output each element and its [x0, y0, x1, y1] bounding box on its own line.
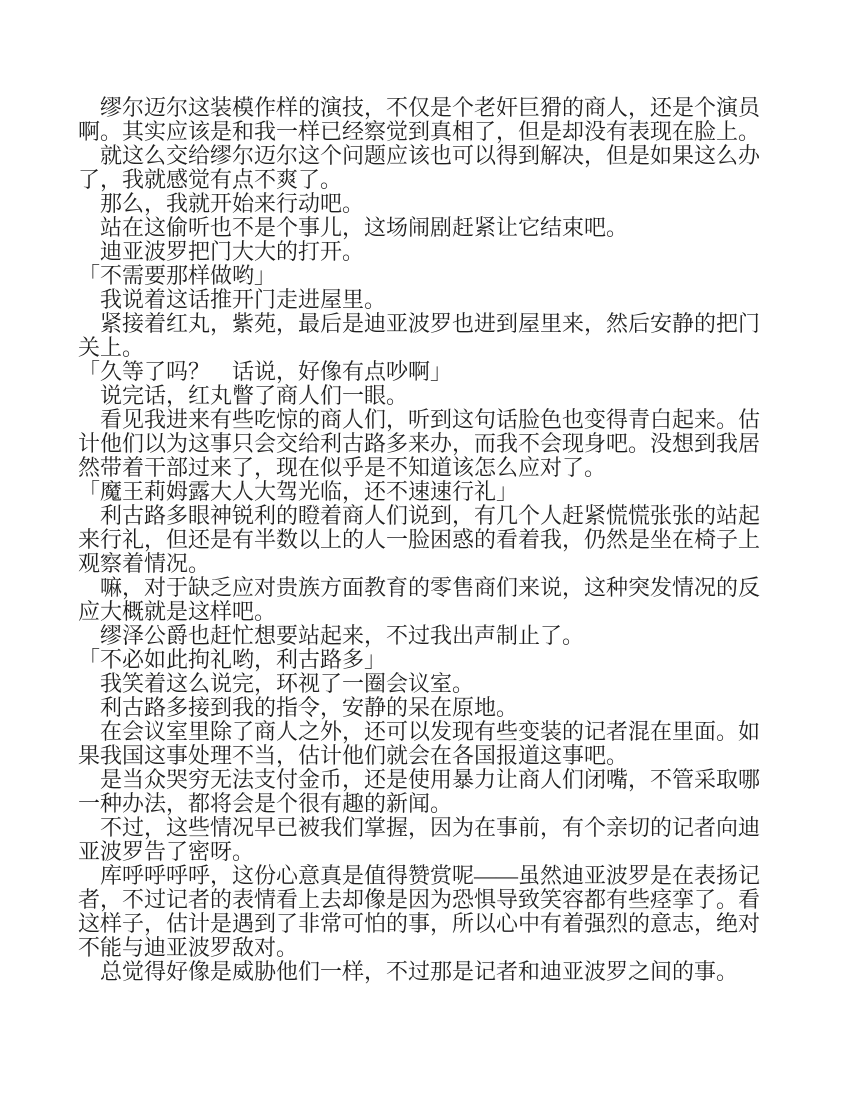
text-line: 应大概就是这样吧。 — [78, 600, 772, 624]
text-line: 「不需要那样做哟」 — [78, 264, 772, 288]
text-line: 我笑着这么说完，环视了一圈会议室。 — [78, 672, 772, 696]
text-line: 是当众哭穷无法支付金币，还是使用暴力让商人们闭嘴，不管采取哪 — [78, 768, 772, 792]
text-line: 果我国这事处理不当，估计他们就会在各国报道这事吧。 — [78, 744, 772, 768]
text-line: 缪尔迈尔这装模作样的演技，不仅是个老奸巨猾的商人，还是个演员 — [78, 96, 772, 120]
text-line: 关上。 — [78, 336, 772, 360]
text-line: 亚波罗告了密呀。 — [78, 840, 772, 864]
text-line: 了，我就感觉有点不爽了。 — [78, 168, 772, 192]
text-line: 不过，这些情况早已被我们掌握，因为在事前，有个亲切的记者向迪 — [78, 816, 772, 840]
text-line: 我说着这话推开门走进屋里。 — [78, 288, 772, 312]
text-line: 一种办法，都将会是个很有趣的新闻。 — [78, 792, 772, 816]
text-line: 来行礼，但还是有半数以上的人一脸困惑的看着我，仍然是坐在椅子上 — [78, 528, 772, 552]
text-line: 者，不过记者的表情看上去却像是因为恐惧导致笑容都有些痉挛了。看 — [78, 888, 772, 912]
text-line: 观察着情况。 — [78, 552, 772, 576]
text-line: 那么，我就开始来行动吧。 — [78, 192, 772, 216]
text-line: 站在这偷听也不是个事儿，这场闹剧赶紧让它结束吧。 — [78, 216, 772, 240]
text-line: 看见我进来有些吃惊的商人们，听到这句话脸色也变得青白起来。估 — [78, 408, 772, 432]
text-line: 利古路多眼神锐利的瞪着商人们说到，有几个人赶紧慌慌张张的站起 — [78, 504, 772, 528]
text-line: 在会议室里除了商人之外，还可以发现有些变装的记者混在里面。如 — [78, 720, 772, 744]
text-line: 就这么交给缪尔迈尔这个问题应该也可以得到解决，但是如果这么办 — [78, 144, 772, 168]
text-line: 计他们以为这事只会交给利古路多来办，而我不会现身吧。没想到我居 — [78, 432, 772, 456]
text-line: 「魔王莉姆露大人大驾光临，还不速速行礼」 — [78, 480, 772, 504]
text-line: 啊。其实应该是和我一样已经察觉到真相了，但是却没有表现在脸上。 — [78, 120, 772, 144]
novel-page: 缪尔迈尔这装模作样的演技，不仅是个老奸巨猾的商人，还是个演员啊。其实应该是和我一… — [0, 0, 850, 1100]
text-line: 然带着干部过来了，现在似乎是不知道该怎么应对了。 — [78, 456, 772, 480]
text-line: 说完话，红丸瞥了商人们一眼。 — [78, 384, 772, 408]
text-line: 「久等了吗？ 话说，好像有点吵啊」 — [78, 360, 772, 384]
text-line: 「不必如此拘礼哟，利古路多」 — [78, 648, 772, 672]
text-block: 缪尔迈尔这装模作样的演技，不仅是个老奸巨猾的商人，还是个演员啊。其实应该是和我一… — [78, 96, 772, 984]
text-line: 缪泽公爵也赶忙想要站起来，不过我出声制止了。 — [78, 624, 772, 648]
text-line: 紧接着红丸，紫苑，最后是迪亚波罗也进到屋里来，然后安静的把门 — [78, 312, 772, 336]
text-line: 迪亚波罗把门大大的打开。 — [78, 240, 772, 264]
text-line: 不能与迪亚波罗敌对。 — [78, 936, 772, 960]
text-line: 库呼呼呼呼，这份心意真是值得赞赏呢——虽然迪亚波罗是在表扬记 — [78, 864, 772, 888]
text-line: 这样子，估计是遇到了非常可怕的事，所以心中有着强烈的意志，绝对 — [78, 912, 772, 936]
text-line: 嘛，对于缺乏应对贵族方面教育的零售商们来说，这种突发情况的反 — [78, 576, 772, 600]
text-line: 总觉得好像是威胁他们一样，不过那是记者和迪亚波罗之间的事。 — [78, 960, 772, 984]
text-line: 利古路多接到我的指令，安静的呆在原地。 — [78, 696, 772, 720]
